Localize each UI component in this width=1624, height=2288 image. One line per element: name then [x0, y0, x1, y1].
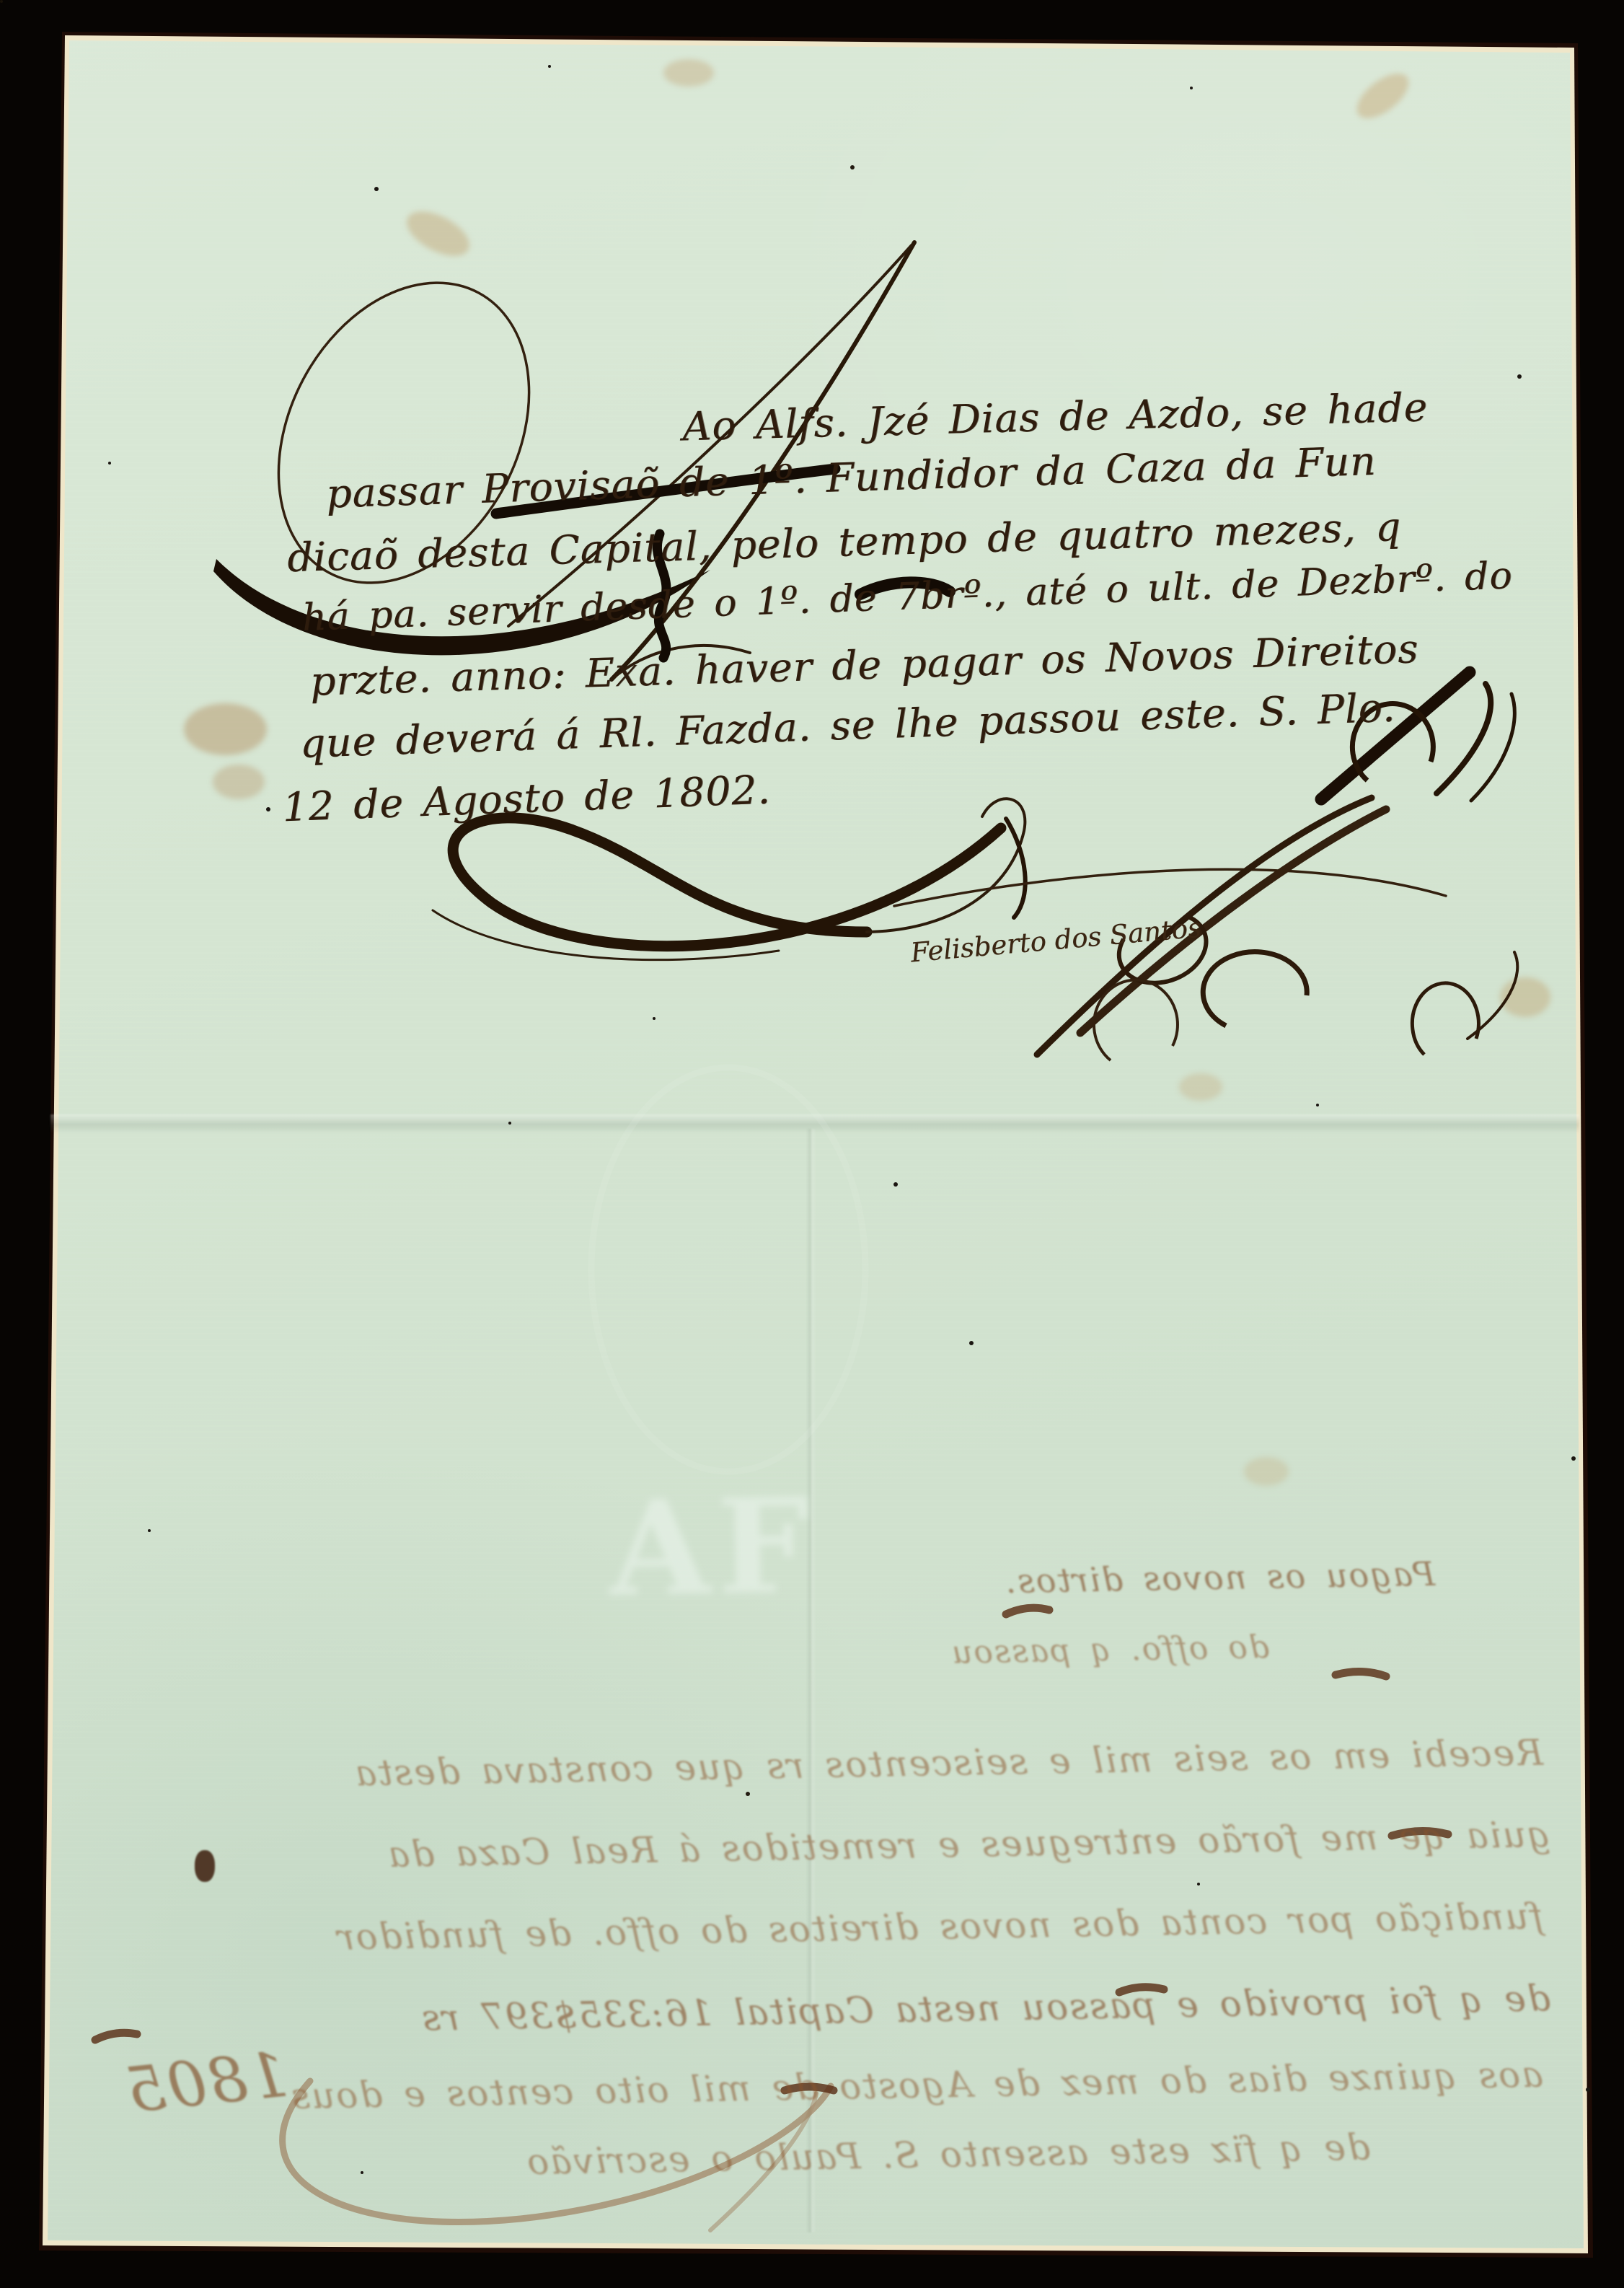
bleedthrough-line: guia qe me forão entregues e remetidos á… — [387, 1813, 1550, 1875]
scanned-manuscript-photo: { "page": { "background_color": "#070503… — [0, 0, 1624, 2288]
bleedthrough-year-mark: 1805 — [122, 2038, 292, 2127]
bleedthrough-line: de q fiz este assento S. Paulo o escrivã… — [526, 2126, 1371, 2183]
bleedthrough-line: fundição por conta dos novos direitos do… — [335, 1895, 1543, 1958]
bleedthrough-line: do offo. q passou — [950, 1629, 1270, 1671]
bleedthrough-line: aos quinze dias do mez de Agosto de mil … — [290, 2054, 1543, 2117]
bleedthrough-line: de q foi provido e passou nesta Capital … — [420, 1977, 1550, 2038]
bleedthrough-line: Pagou os novos dirtos. — [1004, 1554, 1435, 1601]
bleedthrough-line: Recebi em os seis mil e seiscentos rs qu… — [353, 1732, 1543, 1795]
bleedthrough-text-layer: Pagou os novos dirtos. do offo. q passou… — [0, 0, 1624, 2288]
